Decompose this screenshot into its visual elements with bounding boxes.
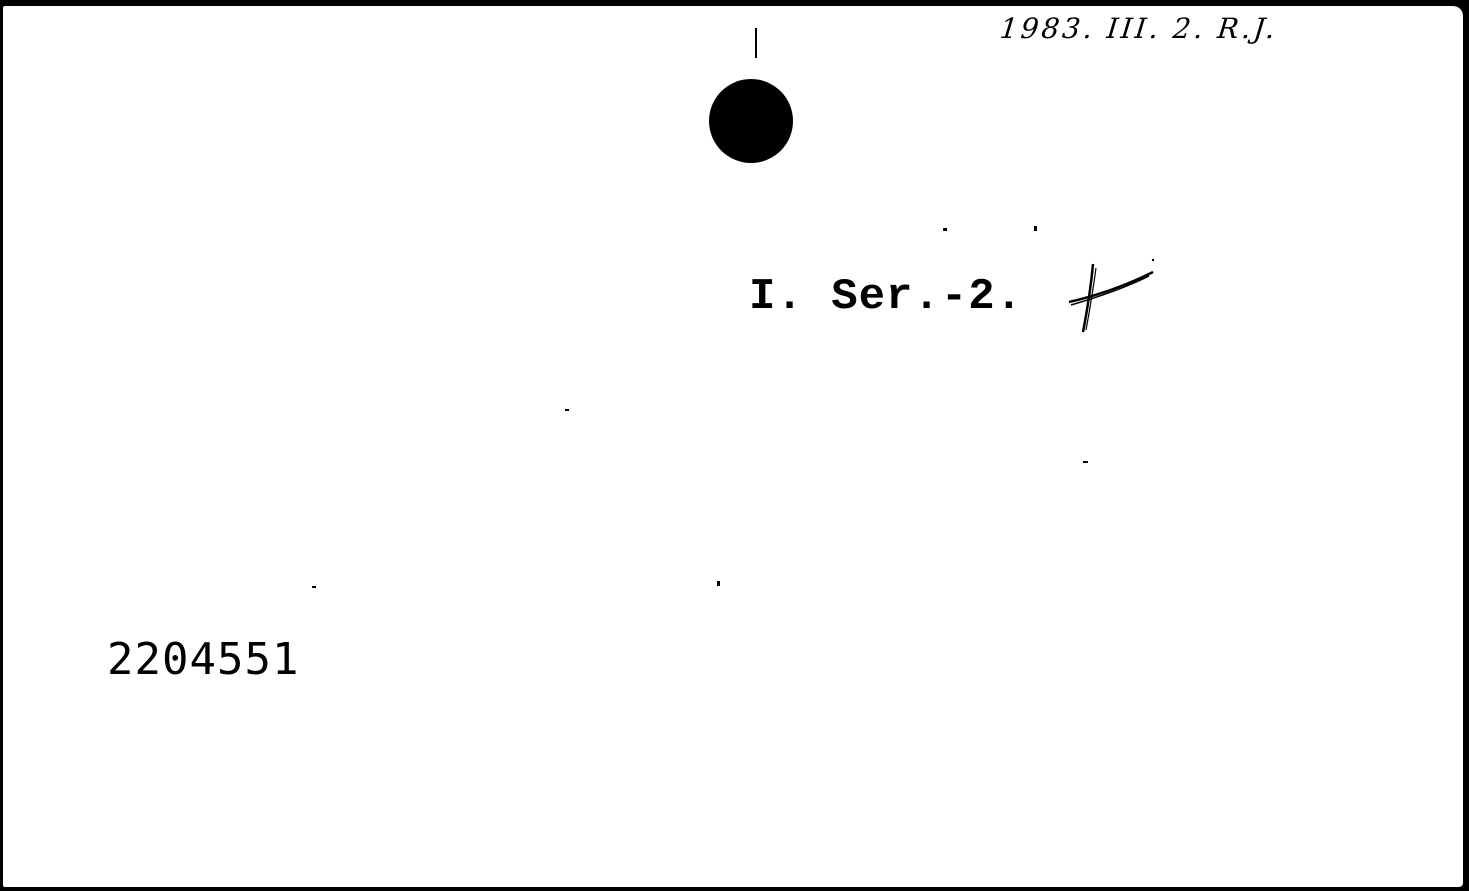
punch-hole [709,79,793,163]
speck [312,586,316,588]
handwritten-reference: 1983. III. 2. R.J. [998,12,1279,45]
speck [717,581,720,586]
pencil-cross-icon [1065,256,1160,336]
speck [943,228,947,231]
guide-mark [755,28,757,58]
card-number: 2204551 [107,634,299,685]
catalog-card: 1983. III. 2. R.J. I. Ser.-2. 2204551 [3,6,1463,887]
classification-code: I. Ser.-2. [749,272,1023,322]
speck [1083,461,1088,463]
speck [565,409,569,411]
speck [1034,226,1037,231]
